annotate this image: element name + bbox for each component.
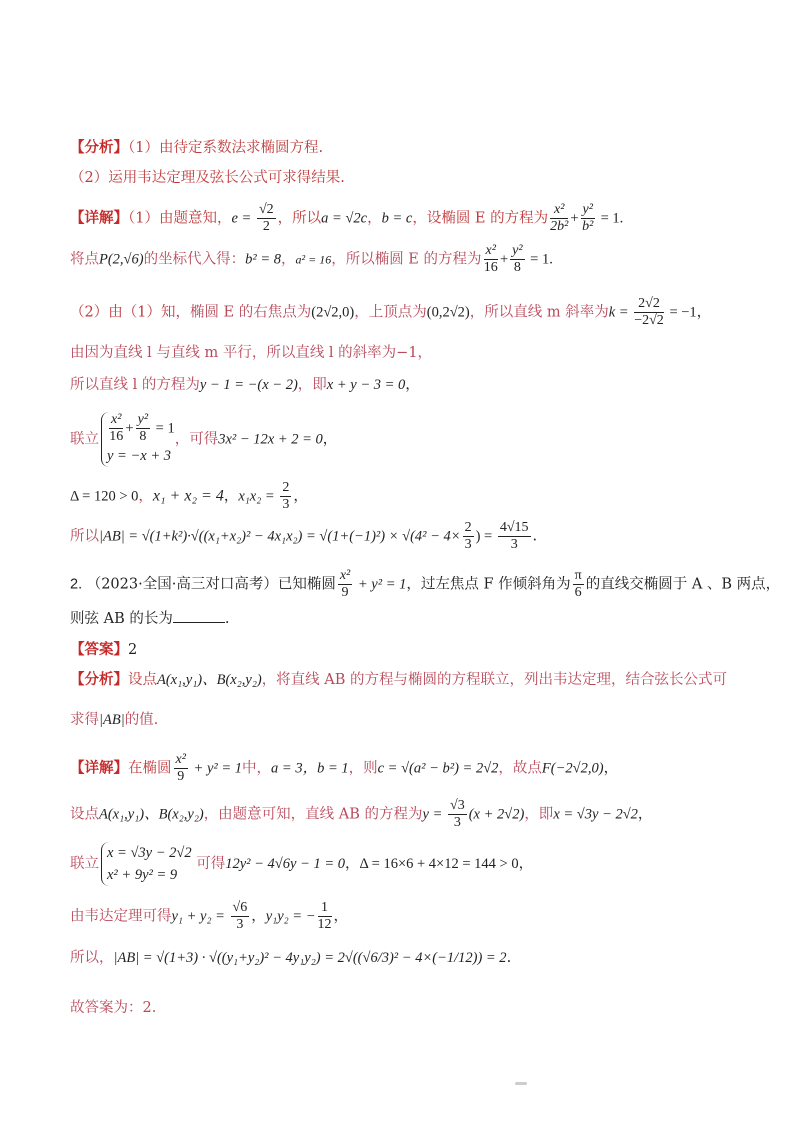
detail-line-1: 【详解】（1）由题意知，e = √22，所以a = √2c，b = c，设椭圆 … <box>70 202 623 235</box>
p2-analysis-line-2: 求得|AB|的值. <box>70 710 158 730</box>
equation-system: x²16+y²8 = 1y = −x + 3 <box>101 412 175 467</box>
analysis-tag: 【分析】 <box>70 139 128 156</box>
problem-2-statement: 2. （2023·全国·高三对口高考）已知椭圆x²9 + y² = 1，过左焦点… <box>70 568 780 601</box>
fraction: √22 <box>257 202 276 235</box>
problem-2-question: 则弦 AB 的长为. <box>70 608 229 629</box>
analysis-line-1: 【分析】（1）由待定系数法求椭圆方程. <box>70 138 323 158</box>
p2-detail-line-2: 设点A(x₁,y₁)、B(x₂,y₂)，由题意可知，直线 AB 的方程为y = … <box>70 798 652 831</box>
answer-blank <box>173 608 225 623</box>
p2-detail-line-4: 由韦达定理可得y₁ + y₂ = √63，y₁y₂ = −112， <box>70 900 348 933</box>
p2-analysis-line-1: 【分析】设点A(x₁,y₁)、B(x₂,y₂)，将直线 AB 的方程与椭圆的方程… <box>70 670 727 690</box>
analysis-line-2: （2）运用韦达定理及弦长公式可求得结果. <box>70 168 345 188</box>
scan-artifact <box>515 1082 527 1085</box>
p2-detail-line-1: 【详解】在椭圆x²9 + y² = 1中，a = 3，b = 1，则c = √(… <box>70 752 618 785</box>
detail-line-4: 由因为直线 l 与直线 m 平行，所以直线 l 的斜率为−1， <box>70 343 432 363</box>
detail-line-5: 所以直线 l 的方程为y − 1 = −(x − 2)，即x + y − 3 =… <box>70 375 420 395</box>
answer-line: 【答案】2 <box>70 640 137 660</box>
p2-detail-line-3: 联立x = √3y − 2√2x² + 9y² = 9 可得12y² − 4√6… <box>70 842 533 886</box>
p2-detail-line-5: 所以，|AB| = √(1+3) · √((y₁+y₂)² − 4y₁y₂) =… <box>70 948 511 968</box>
detail-line-3: （2）由（1）知，椭圆 E 的右焦点为(2√2,0)，上顶点为(0,2√2)，所… <box>70 296 711 329</box>
detail-line-6: 联立x²16+y²8 = 1y = −x + 3，可得3x² − 12x + 2… <box>70 412 337 467</box>
final-answer: 故答案为：2. <box>70 998 156 1018</box>
detail-line-8: 所以|AB| = √(1+k²)·√((x₁+x₂)² − 4x₁x₂) = √… <box>70 520 537 553</box>
detail-line-7: Δ = 120 > 0，x₁ + x₂ = 4，x₁x₂ = 23， <box>70 480 308 513</box>
detail-line-2: 将点P(2,√6)的坐标代入得：b² = 8，a² = 16，所以椭圆 E 的方… <box>70 243 553 276</box>
